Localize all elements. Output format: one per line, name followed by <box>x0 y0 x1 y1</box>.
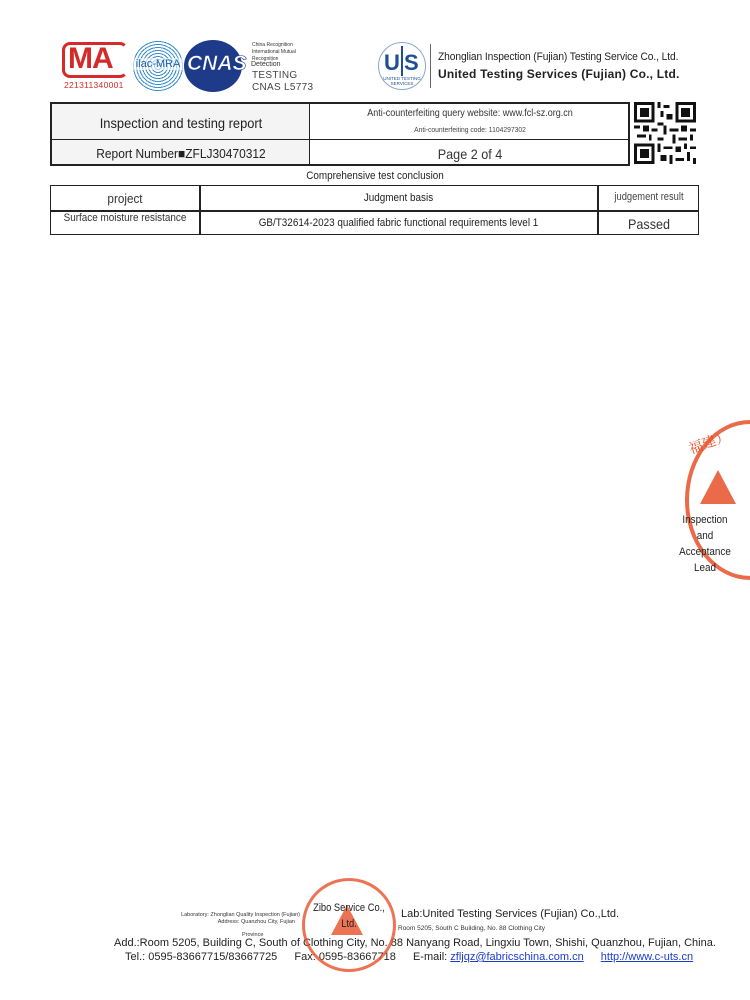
table-col-divider <box>199 186 201 234</box>
report-number: Report Number■ZFLJ30470312 <box>62 146 299 161</box>
header-divider <box>430 44 431 88</box>
uts-letter-u: U <box>384 50 400 76</box>
report-title: Inspection and testing report <box>62 115 299 131</box>
seal-label-inspection-lead: Inspection and Acceptance Lead <box>674 512 737 576</box>
report-header-table: Inspection and testing report Report Num… <box>50 102 630 166</box>
cma-mark: MA <box>68 42 113 76</box>
column-header-basis: Judgment basis <box>220 192 577 204</box>
cma-number: 221311340001 <box>64 80 124 90</box>
footer-room: Room 5205, South C Building, No. 88 Clot… <box>398 925 545 932</box>
footer-tel: Tel.: 0595-83667715/83667725 <box>125 951 277 963</box>
star-icon <box>700 470 736 504</box>
uts-scale-icon <box>401 46 403 76</box>
uts-letter-s: S <box>404 50 419 76</box>
seal-label-zibo: Zibo Service Co., Ltd. <box>311 900 388 932</box>
qr-code-icon[interactable] <box>633 102 697 164</box>
uts-subtitle: UNITED TESTING SERVICES <box>378 76 426 86</box>
cell-result: Passed <box>604 216 694 232</box>
footer-contact-line: Tel.: 0595-83667715/83667725 Fax: 0595-8… <box>125 951 693 963</box>
company-name-line1: Zhonglian Inspection (Fujian) Testing Se… <box>438 51 678 63</box>
cnas-testing-block: TESTING CNAS L5773 <box>252 70 313 94</box>
cnas-logo: CNAS <box>187 52 247 76</box>
page-indicator: Page 2 of 4 <box>326 146 614 162</box>
anti-counterfeit-code: Anti-counterfeiting code: 1104297302 <box>326 125 614 134</box>
footer-email-label: E-mail: <box>413 951 447 963</box>
footer-website-link[interactable]: http://www.c-uts.cn <box>601 951 693 963</box>
footer-email-link[interactable]: zfljqz@fabricschina.com.cn <box>450 951 583 963</box>
ilac-label: ilac-MRA <box>132 58 184 70</box>
company-name-line2: United Testing Services (Fujian) Co., Lt… <box>438 67 680 81</box>
ilac-mra-logo: ilac-MRA <box>132 40 184 92</box>
anti-counterfeit-website: Anti-counterfeiting query website: www.f… <box>326 108 614 119</box>
column-header-project: project <box>58 191 191 206</box>
cell-project: Surface moisture resistance <box>58 211 191 226</box>
footer-lab-en: Lab:United Testing Services (Fujian) Co.… <box>401 908 619 920</box>
cma-logo: MA 221311340001 <box>62 42 130 90</box>
column-header-result: judgement result <box>607 191 692 203</box>
cnas-code: CNAS L5773 <box>252 82 313 94</box>
uts-logo: U S UNITED TESTING SERVICES <box>378 42 426 90</box>
footer-address-full: Add.:Room 5205, Building C, South of Clo… <box>114 937 716 949</box>
cnas-testing: TESTING <box>252 70 313 82</box>
cell-basis: GB/T32614-2023 qualified fabric function… <box>220 217 577 229</box>
cnas-recognition-text: China Recognition International Mutual R… <box>252 42 312 63</box>
conclusion-table: project Judgment basis judgement result … <box>50 185 699 235</box>
table-col-divider <box>597 186 599 234</box>
cnas-detection: Detection <box>251 61 281 68</box>
conclusion-heading: Comprehensive test conclusion <box>83 170 668 182</box>
footer-address-short: Address: Quanzhou City, Fujian <box>150 919 295 925</box>
